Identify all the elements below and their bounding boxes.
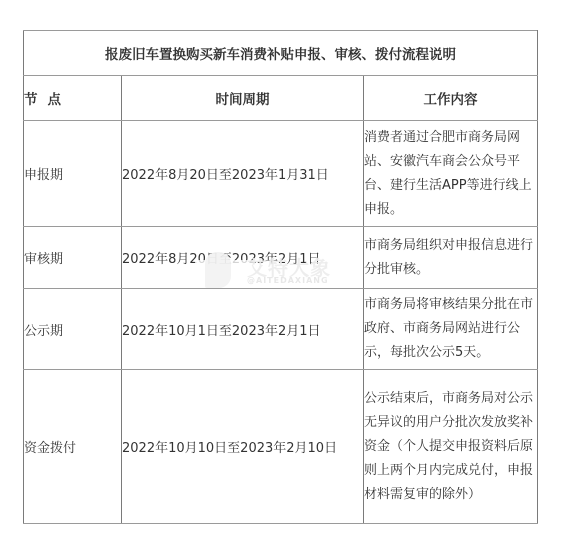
row-period: 2022年10月10日至2023年2月10日 (122, 370, 364, 524)
table-row-public: 公示期 2022年10月1日至2023年2月1日 市商务局将审核结果分批在市政府… (24, 289, 538, 370)
row-node: 资金拨付 (24, 370, 122, 524)
header-content: 工作内容 (364, 76, 538, 121)
row-node: 审核期 (24, 227, 122, 289)
row-node: 申报期 (24, 121, 122, 227)
row-content: 市商务局组织对申报信息进行分批审核。 (364, 227, 538, 289)
table-row-review: 审核期 2022年8月20日至2023年2月1日 市商务局组织对申报信息进行分批… (24, 227, 538, 289)
table-row-report: 申报期 2022年8月20日至2023年1月31日 消费者通过合肥市商务局网站、… (24, 121, 538, 227)
header-period: 时间周期 (122, 76, 364, 121)
table-row-funding: 资金拨付 2022年10月10日至2023年2月10日 公示结束后，市商务局对公… (24, 370, 538, 524)
row-content: 消费者通过合肥市商务局网站、安徽汽车商会公众号平台、建行生活APP等进行线上申报… (364, 121, 538, 227)
title-row: 报废旧车置换购买新车消费补贴申报、审核、拨付流程说明 (24, 31, 538, 76)
header-node: 节点 (24, 76, 122, 121)
subsidy-process-table: 报废旧车置换购买新车消费补贴申报、审核、拨付流程说明 节点 时间周期 工作内容 … (23, 30, 538, 524)
row-period: 2022年8月20日至2023年2月1日 (122, 227, 364, 289)
header-row: 节点 时间周期 工作内容 (24, 76, 538, 121)
row-node: 公示期 (24, 289, 122, 370)
table-title: 报废旧车置换购买新车消费补贴申报、审核、拨付流程说明 (24, 31, 538, 76)
row-content: 市商务局将审核结果分批在市政府、市商务局网站进行公示，每批次公示5天。 (364, 289, 538, 370)
row-period: 2022年8月20日至2023年1月31日 (122, 121, 364, 227)
row-period: 2022年10月1日至2023年2月1日 (122, 289, 364, 370)
row-content: 公示结束后，市商务局对公示无异议的用户分批次发放奖补资金（个人提交申报资料后原则… (364, 370, 538, 524)
